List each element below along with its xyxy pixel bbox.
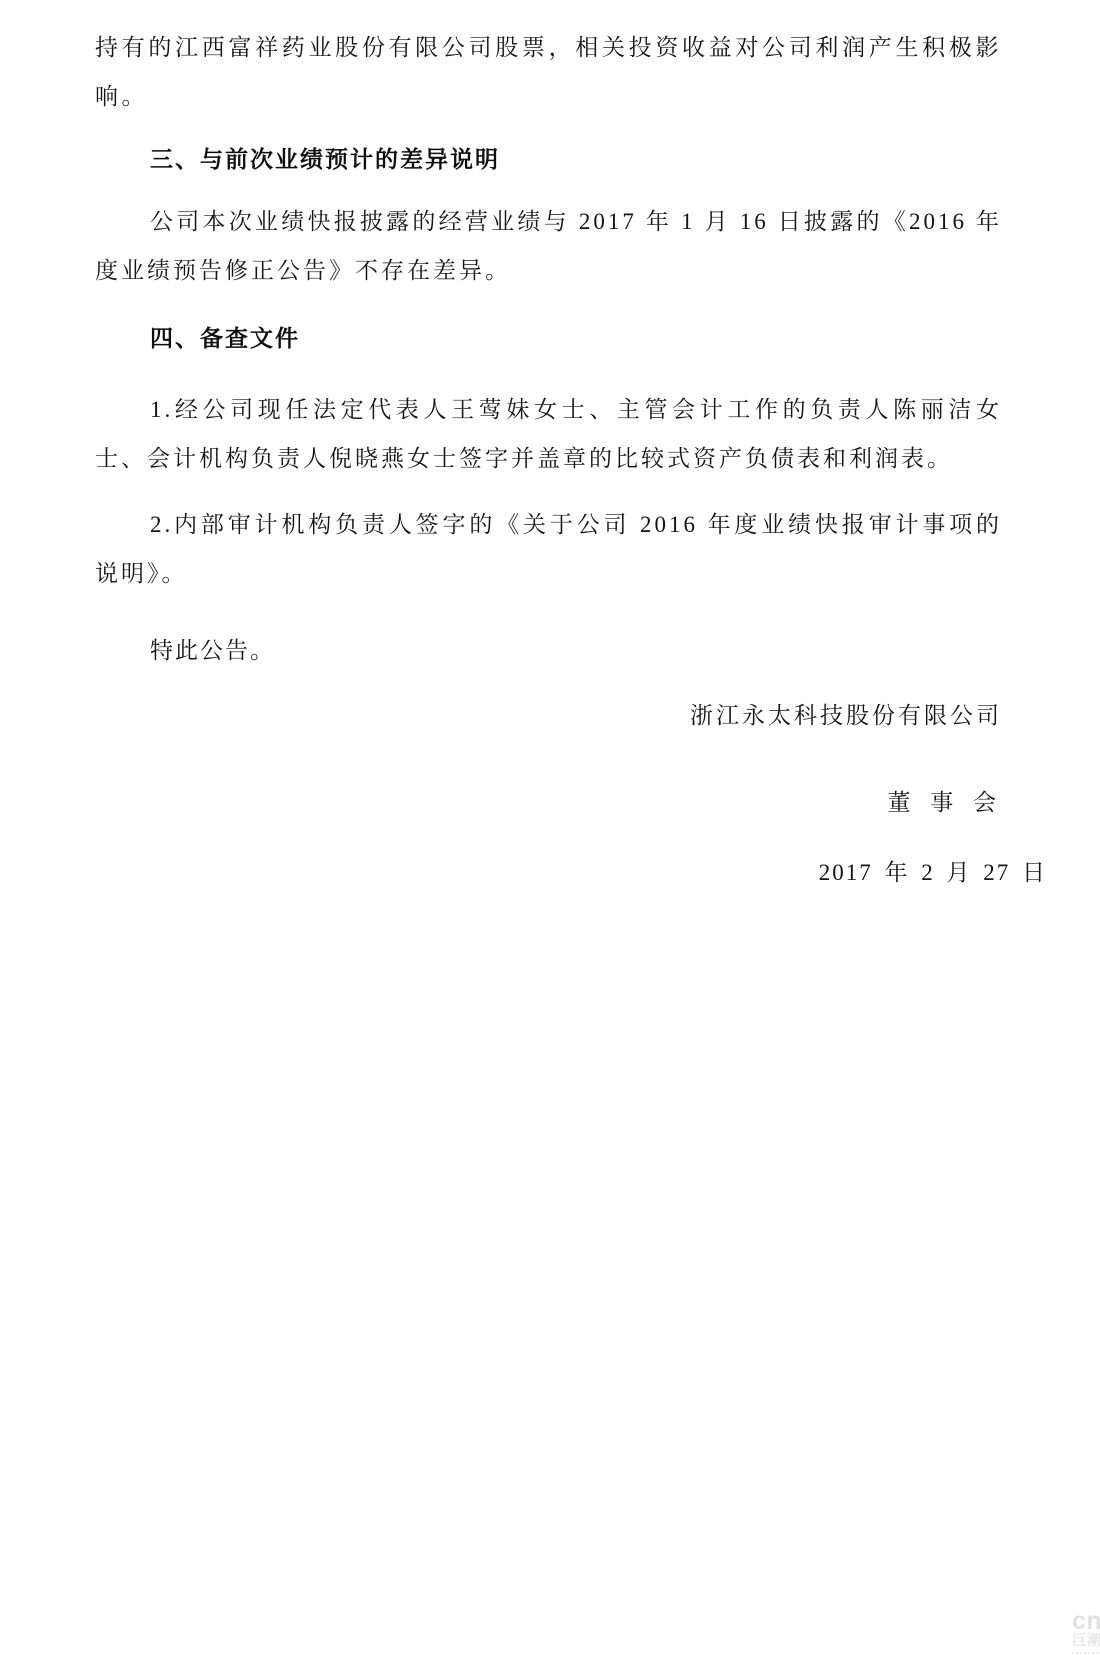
document-page: 持有的江西富祥药业股份有限公司股票，相关投资收益对公司利润产生积极影响。 三、与… xyxy=(0,0,1100,1655)
signature-date: 2017 年 2 月 27 日 xyxy=(95,848,1047,898)
section-4-heading: 四、备查文件 xyxy=(95,313,1002,363)
signature-company: 浙江永太科技股份有限公司 xyxy=(95,691,1002,741)
intro-paragraph: 持有的江西富祥药业股份有限公司股票，相关投资收益对公司利润产生积极影响。 xyxy=(95,23,1002,121)
section-4-item-1: 1.经公司现任法定代表人王莺妹女士、主管会计工作的负责人陈丽洁女士、会计机构负责… xyxy=(95,385,1002,483)
signature-board: 董 事 会 xyxy=(95,778,999,828)
section-3-heading: 三、与前次业绩预计的差异说明 xyxy=(95,134,1002,184)
watermark-latin-logo: cn xyxy=(1072,1610,1100,1632)
section-4-item-2: 2.内部审计机构负责人签字的《关于公司 2016 年度业绩快报审计事项的说明》。 xyxy=(95,500,1002,598)
watermark-rule xyxy=(1072,1652,1100,1654)
watermark-cjk-logo: 巨潮 xyxy=(1072,1633,1100,1647)
cninfo-watermark: cn 巨潮 xyxy=(1072,1610,1100,1654)
section-3-paragraph: 公司本次业绩快报披露的经营业绩与 2017 年 1 月 16 日披露的《2016… xyxy=(95,197,1002,295)
closing-line: 特此公告。 xyxy=(95,626,1002,675)
